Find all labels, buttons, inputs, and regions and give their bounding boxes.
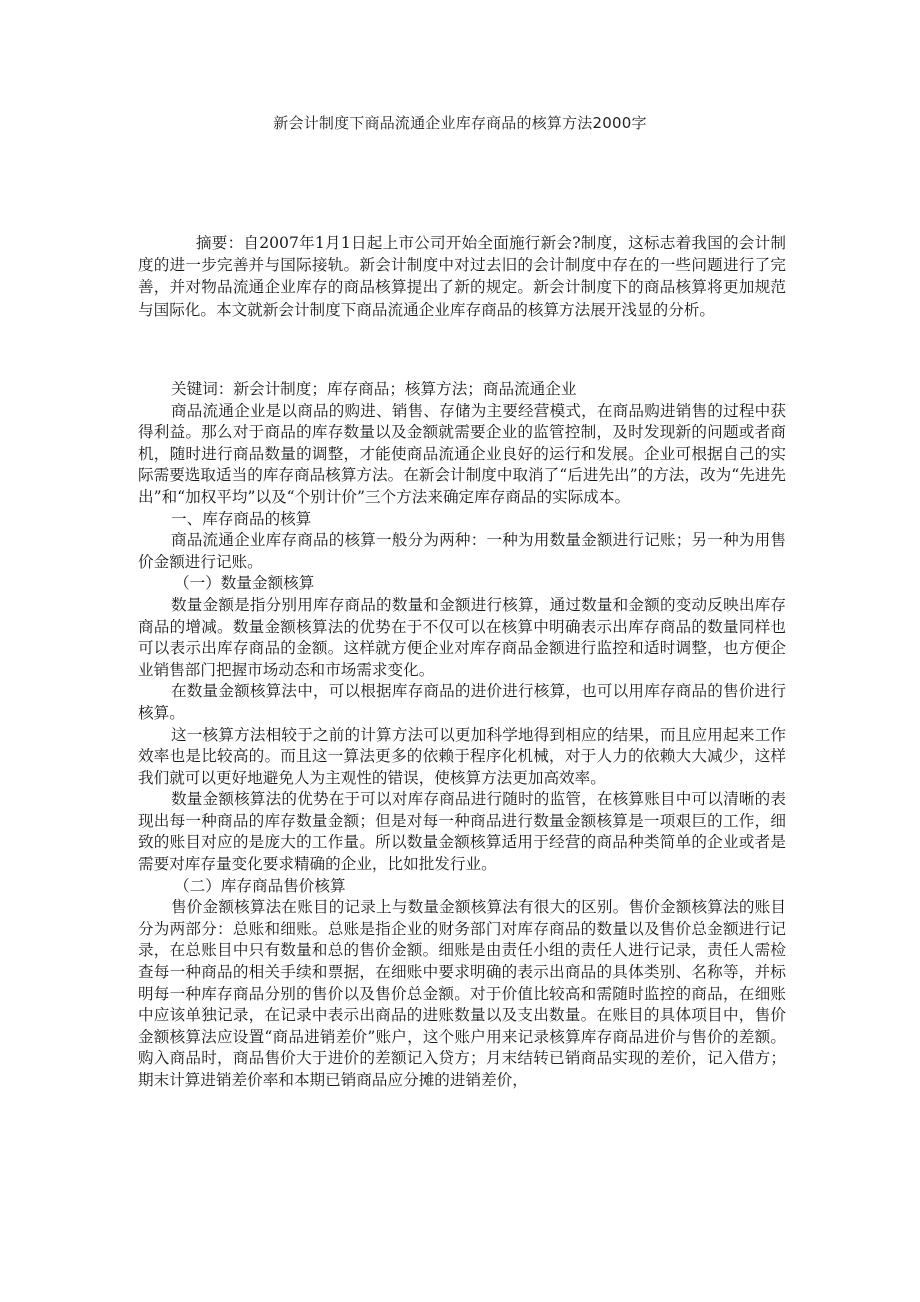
body-paragraph: 售价金额核算法在账目的记录上与数量金额核算法有很大的区别。售价金额核算法的账目分… [138,897,786,1091]
body-paragraph: 数量金额是指分别用库存商品的数量和金额进行核算，通过数量和金额的变动反映出库存商… [138,595,786,681]
keywords-line: 关键词：新会计制度；库存商品；核算方法；商品流通企业 [138,379,786,401]
document-page: 新会计制度下商品流通企业库存商品的核算方法2000字 摘要：自2007年1月1日… [0,0,920,1302]
section-heading: 一、库存商品的核算 [138,509,786,531]
document-title: 新会计制度下商品流通企业库存商品的核算方法2000字 [0,113,920,133]
body-paragraph: 这一核算方法相较于之前的计算方法可以更加科学地得到相应的结果，而且应用起来工作效… [138,725,786,790]
document-body: 关键词：新会计制度；库存商品；核算方法；商品流通企业 商品流通企业是以商品的购进… [138,379,786,1092]
subsection-heading: （一）数量金额核算 [138,573,786,595]
subsection-heading: （二）库存商品售价核算 [138,876,786,898]
body-paragraph: 商品流通企业库存商品的核算一般分为两种：一种为用数量金额进行记账；另一种为用售价… [138,530,786,573]
body-paragraph: 数量金额核算法的优势在于可以对库存商品进行随时的监管，在核算账目中可以清晰的表现… [138,789,786,875]
body-paragraph: 商品流通企业是以商品的购进、销售、存储为主要经营模式，在商品购进销售的过程中获得… [138,401,786,509]
abstract-paragraph: 摘要：自2007年1月1日起上市公司开始全面施行新会?制度，这标志着我国的会计制… [138,232,786,321]
body-paragraph: 在数量金额核算法中，可以根据库存商品的进价进行核算，也可以用库存商品的售价进行核… [138,681,786,724]
